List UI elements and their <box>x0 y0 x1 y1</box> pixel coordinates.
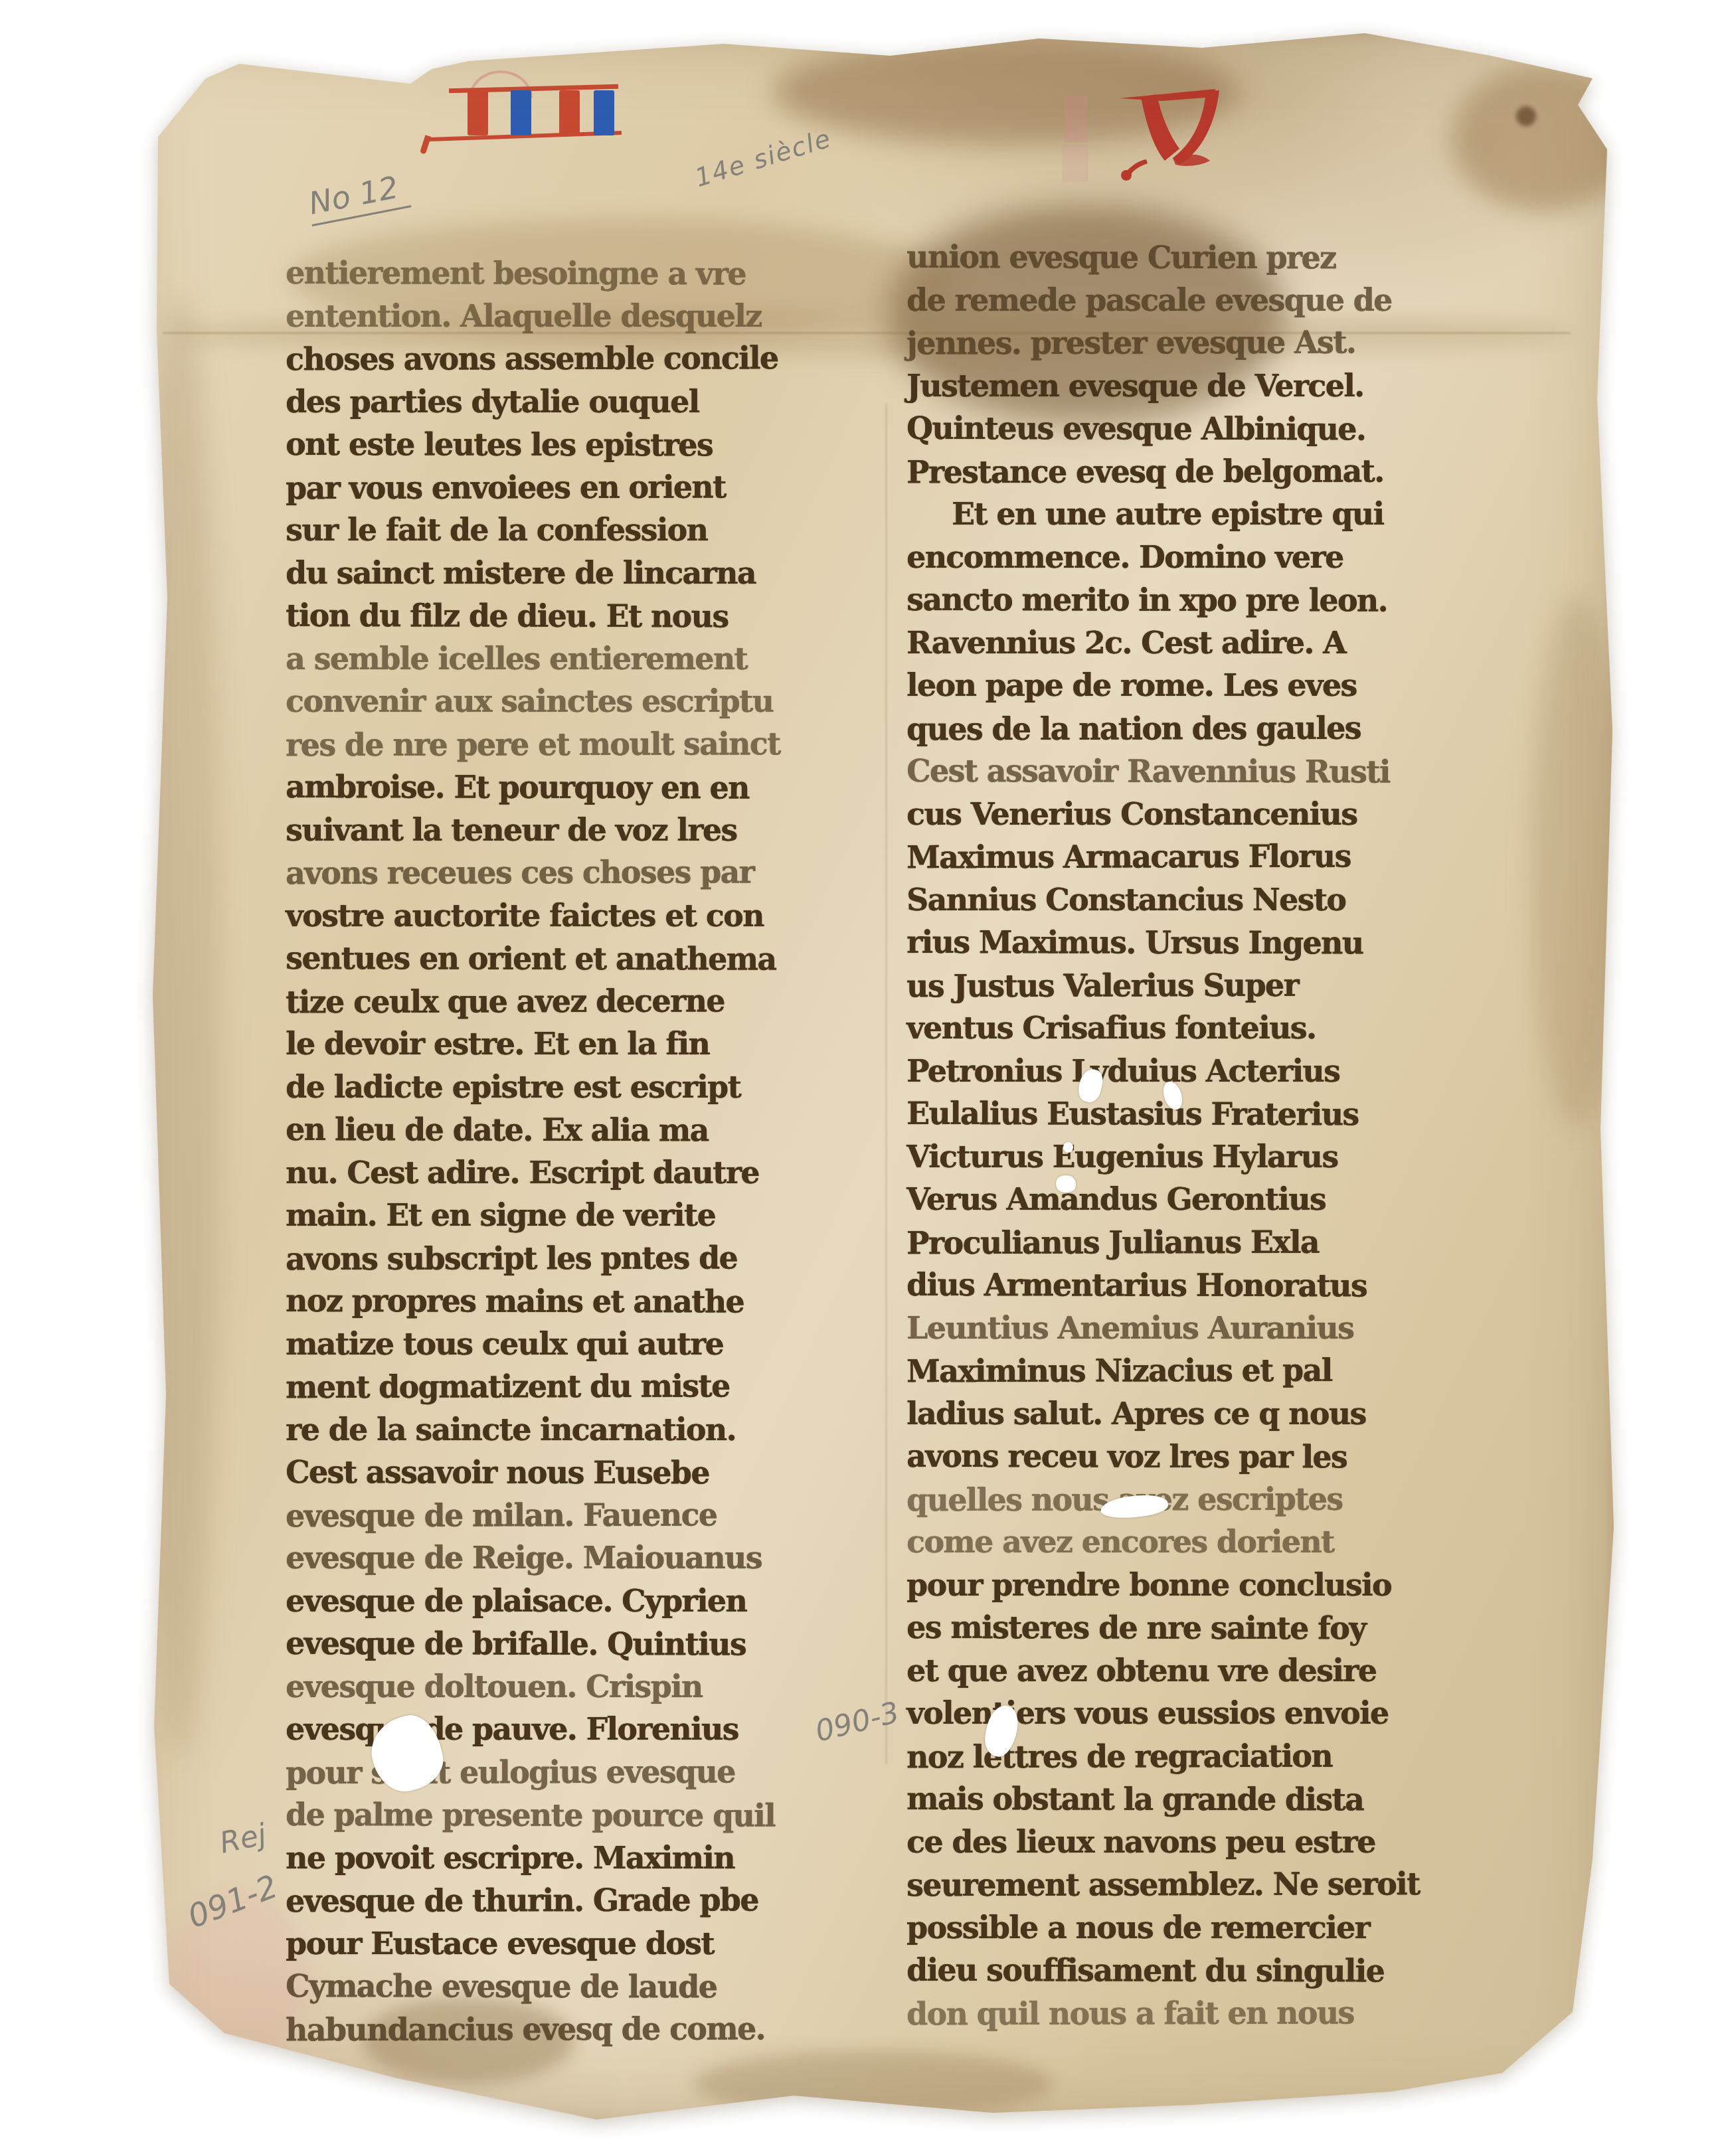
manuscript-line: seurement assemblez. Ne seroit <box>906 1863 1564 1908</box>
manuscript-line: avons receues ces choses par <box>286 851 891 896</box>
rubric-arc-flourish <box>469 70 533 98</box>
manuscript-line: evesque doltouen. Crispin <box>286 1666 891 1709</box>
manuscript-line: Cest assavoir Ravennius Rusti <box>906 750 1564 795</box>
manuscript-line: evesque de milan. Fauence <box>286 1493 891 1538</box>
stain-top-edge <box>774 39 1239 145</box>
manuscript-line: Cymache evesque de laude <box>286 1965 891 2009</box>
manuscript-line: re de la saincte incarnation. <box>286 1409 891 1452</box>
manuscript-line: de remede pascale evesque de <box>906 280 1563 323</box>
manuscript-line: Quinteus evesque Albinique. <box>906 408 1564 452</box>
manuscript-line: cus Venerius Constancenius <box>906 793 1563 837</box>
manuscript-line: Proculianus Julianus Exla <box>906 1220 1564 1265</box>
manuscript-line: Victurus Eugenius Hylarus <box>906 1136 1563 1179</box>
manuscript-line: des parties dytalie ouquel <box>286 381 891 424</box>
manuscript-line: rius Maximus. Ursus Ingenu <box>906 922 1564 966</box>
manuscript-line: pour prendre bonne conclusio <box>906 1564 1563 1608</box>
manuscript-line: union evesque Curien prez <box>906 236 1564 281</box>
manuscript-line: ne povoit escripre. Maximin <box>286 1837 891 1880</box>
manuscript-line: volentiers vous eussios envoie <box>906 1693 1563 1736</box>
numeral-stroke-blue-1 <box>511 90 531 135</box>
manuscript-line: us Justus Valerius Super <box>906 963 1564 1008</box>
manuscript-leaf: IIII V <box>123 32 1617 2123</box>
manuscript-line: suivant la teneur de voz lres <box>286 809 891 853</box>
manuscript-line: sur le fait de la confession <box>286 509 891 552</box>
pencil-annotation-091-2: 091-2 <box>183 1868 283 1936</box>
crease-gutter <box>885 404 887 1765</box>
manuscript-line: evesque de pauve. Florenius <box>286 1708 891 1752</box>
stain-bottom-left <box>362 1997 574 2084</box>
manuscript-line: ladius salut. Apres ce q nous <box>906 1393 1563 1436</box>
rubric-rail-bottom <box>429 131 622 141</box>
text-column-right: union evesque Curien prezde remede pasca… <box>906 236 1563 2035</box>
stain-top-right-corner <box>1451 65 1637 211</box>
manuscript-line: ont este leutes les epistres <box>286 424 891 467</box>
folio-numeral-v: V <box>1116 84 1242 183</box>
manuscript-line: noz lettres de regraciation <box>906 1734 1564 1779</box>
manuscript-line: Leuntius Anemius Auranius <box>906 1307 1563 1351</box>
parchment-hole-left <box>365 1710 449 1797</box>
crease-horizontal <box>163 332 1571 334</box>
pencil-annotation-siecle: 14e siècle <box>691 124 835 193</box>
manuscript-line: pour saint eulogius evesque <box>286 1750 891 1795</box>
manuscript-line: a semble icelles entierement <box>286 638 891 681</box>
manuscript-line: Cest assavoir nous Eusebe <box>286 1451 891 1495</box>
manuscript-line: du sainct mistere de lincarna <box>286 552 891 596</box>
manuscript-line: Petronius Lyduius Acterius <box>906 1050 1563 1094</box>
manuscript-line: sentues en orient et anathema <box>286 938 891 981</box>
manuscript-line: avons subscript les pntes de <box>286 1236 891 1281</box>
manuscript-line: Et en une autre epistre qui <box>906 493 1563 537</box>
manuscript-line: de ladicte epistre est escript <box>286 1066 891 1110</box>
parchment-hole-r6 <box>982 1703 1021 1760</box>
manuscript-line: ce des lieux navons peu estre <box>906 1821 1563 1865</box>
manuscript-line: matize tous ceulx qui autre <box>286 1323 891 1367</box>
stain-rose-bottom-left <box>163 1891 309 2064</box>
manuscript-line: evesque de brifalle. Quintius <box>286 1623 891 1667</box>
stain-bottom-center <box>694 2050 1053 2117</box>
stain-left-edge <box>136 297 222 1758</box>
manuscript-line: encommence. Domino vere <box>906 537 1563 580</box>
manuscript-line: de palme presente pource quil <box>286 1794 891 1838</box>
manuscript-line: convenir aux sainctes escriptu <box>286 681 891 724</box>
manuscript-line: Prestance evesq de belgomat. <box>906 450 1564 494</box>
parchment-hole-r4 <box>1055 1174 1077 1194</box>
parchment-hole-r1 <box>1075 1067 1105 1105</box>
manuscript-line: le devoir estre. Et en la fin <box>286 1023 891 1066</box>
manuscript-line: entention. Alaquelle desquelz <box>286 295 891 339</box>
stain-band-upper <box>176 311 1571 357</box>
manuscript-line: ment dogmatizent du miste <box>286 1365 891 1410</box>
manuscript-line: leon pape de rome. Les eves <box>906 665 1563 708</box>
manuscript-line: evesque de plaisace. Cyprien <box>286 1580 891 1623</box>
stain-right-column-top <box>887 205 1285 424</box>
manuscript-line: main. Et en signe de verite <box>286 1195 891 1238</box>
numeral-stroke-blue-2 <box>594 90 614 135</box>
manuscript-line: et que avez obtenu vre desire <box>906 1650 1563 1693</box>
manuscript-line: jennes. prester evesque Ast. <box>906 321 1564 366</box>
pencil-annotation-rej: Rej <box>216 1817 269 1860</box>
manuscript-line: sancto merito in xpo pre leon. <box>906 579 1564 623</box>
rubric-rail-top <box>449 84 618 94</box>
scan-background: IIII V <box>0 0 1724 2156</box>
manuscript-line: tize ceulx que avez decerne <box>286 979 891 1024</box>
manuscript-line: Sannius Constancius Nesto <box>906 879 1563 922</box>
manuscript-line: habundancius evesq de come. <box>286 2007 891 2052</box>
manuscript-line: noz propres mains et anathe <box>286 1280 891 1324</box>
pencil-annotation-no12: No 12 <box>305 167 412 226</box>
manuscript-line: par vous envoiees en orient <box>286 465 891 510</box>
manuscript-line: tion du filz de dieu. Et nous <box>286 595 891 639</box>
manuscript-line: Maximinus Nizacius et pal <box>906 1349 1564 1394</box>
manuscript-line: choses avons assemble concile <box>286 337 891 382</box>
manuscript-line: come avez encores dorient <box>906 1521 1563 1564</box>
manuscript-line: ques de la nation des gaules <box>906 706 1564 751</box>
rubric-rail-hook <box>420 135 431 154</box>
numeral-v-glyph <box>1116 84 1242 183</box>
manuscript-line: es misteres de nre sainte foy <box>906 1607 1564 1651</box>
text-column-left: entierement besoingne a vreentention. Al… <box>286 252 891 2051</box>
manuscript-line: quelles nous avez escriptes <box>906 1477 1564 1522</box>
numeral-stroke-red-1 <box>468 90 488 135</box>
folio-numeral-iiii: IIII <box>410 66 630 179</box>
stain-left-col-top <box>289 218 953 337</box>
manuscript-line: possible a nous de remercier <box>906 1907 1563 1950</box>
manuscript-line: Justemen evesque de Vercel. <box>906 365 1563 408</box>
numeral-stroke-red-2 <box>559 90 580 135</box>
manuscript-line: dius Armentarius Honoratus <box>906 1264 1564 1309</box>
ghost-numeral-offset <box>1065 96 1087 142</box>
manuscript-line: Maximus Armacarus Florus <box>906 835 1564 880</box>
manuscript-line: mais obstant la grande dista <box>906 1778 1564 1823</box>
manuscript-line: pour Eustace evesque dost <box>286 1923 891 1966</box>
manuscript-line: nu. Cest adire. Escript dautre <box>286 1152 891 1195</box>
manuscript-line: res de nre pere et moult sainct <box>286 722 891 767</box>
manuscript-line: avons receu voz lres par les <box>906 1436 1564 1480</box>
parchment-hole-r3 <box>1063 1142 1073 1153</box>
parchment-hole-r2 <box>1160 1079 1185 1112</box>
manuscript-line: Eulalius Eustasius Fraterius <box>906 1093 1564 1137</box>
manuscript-line: don quil nous a fait en nous <box>906 1991 1564 2036</box>
stain-right-edge <box>1531 596 1624 1127</box>
stain-dot-top-right <box>1516 106 1536 126</box>
manuscript-line: vostre auctorite faictes et con <box>286 895 891 938</box>
manuscript-line: ventus Crisafius fonteius. <box>906 1007 1563 1050</box>
parchment-hole-r5 <box>1100 1493 1169 1521</box>
ghost-numeral-offset-2 <box>1062 145 1088 182</box>
manuscript-line: ambroise. Et pourquoy en en <box>286 766 891 810</box>
manuscript-line: evesque de Reige. Maiouanus <box>286 1537 891 1580</box>
manuscript-line: Ravennius 2c. Cest adire. A <box>906 622 1563 665</box>
pencil-annotation-090-3: 090-3 <box>812 1695 903 1748</box>
parchment: IIII V <box>123 32 1617 2123</box>
manuscript-line: entierement besoingne a vre <box>286 252 891 296</box>
manuscript-line: Verus Amandus Gerontius <box>906 1179 1563 1222</box>
manuscript-line: dieu souffisament du singulie <box>906 1949 1564 1994</box>
manuscript-line: en lieu de date. Ex alia ma <box>286 1109 891 1153</box>
manuscript-line: evesque de thurin. Grade pbe <box>286 1879 891 1924</box>
